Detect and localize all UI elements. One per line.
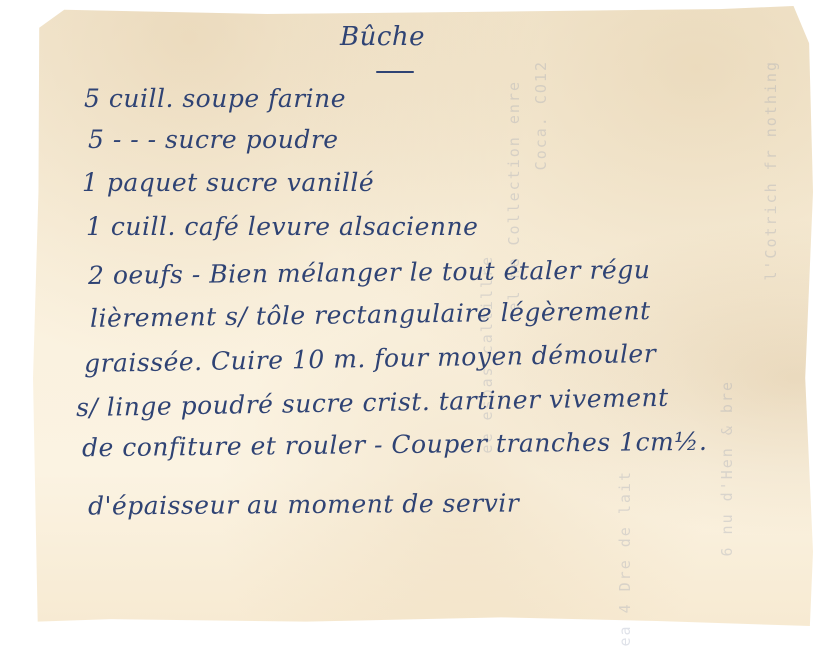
- bleed-through-text: ea 4 Dre de lait: [616, 470, 634, 647]
- bleed-through-text: l'Cotrich fr nothing: [762, 60, 780, 281]
- bleed-through-text: Coca. CO12: [532, 60, 550, 170]
- ingredient-line: 5 cuill. soupe farine: [84, 84, 346, 113]
- instruction-line: 2 oeufs - Bien mélanger le tout étaler r…: [88, 255, 651, 290]
- instruction-line: d'épaisseur au moment de servir: [88, 488, 519, 520]
- recipe-title: Bûche: [340, 22, 425, 52]
- title-underline: [376, 71, 414, 73]
- ingredient-line: 5 - - - sucre poudre: [88, 125, 339, 154]
- bleed-through-text: 6 nu d'Hen & bre: [718, 380, 736, 557]
- ingredient-line: 1 cuill. café levure alsacienne: [86, 212, 478, 241]
- ingredient-line: 1 paquet sucre vanillé: [82, 168, 374, 197]
